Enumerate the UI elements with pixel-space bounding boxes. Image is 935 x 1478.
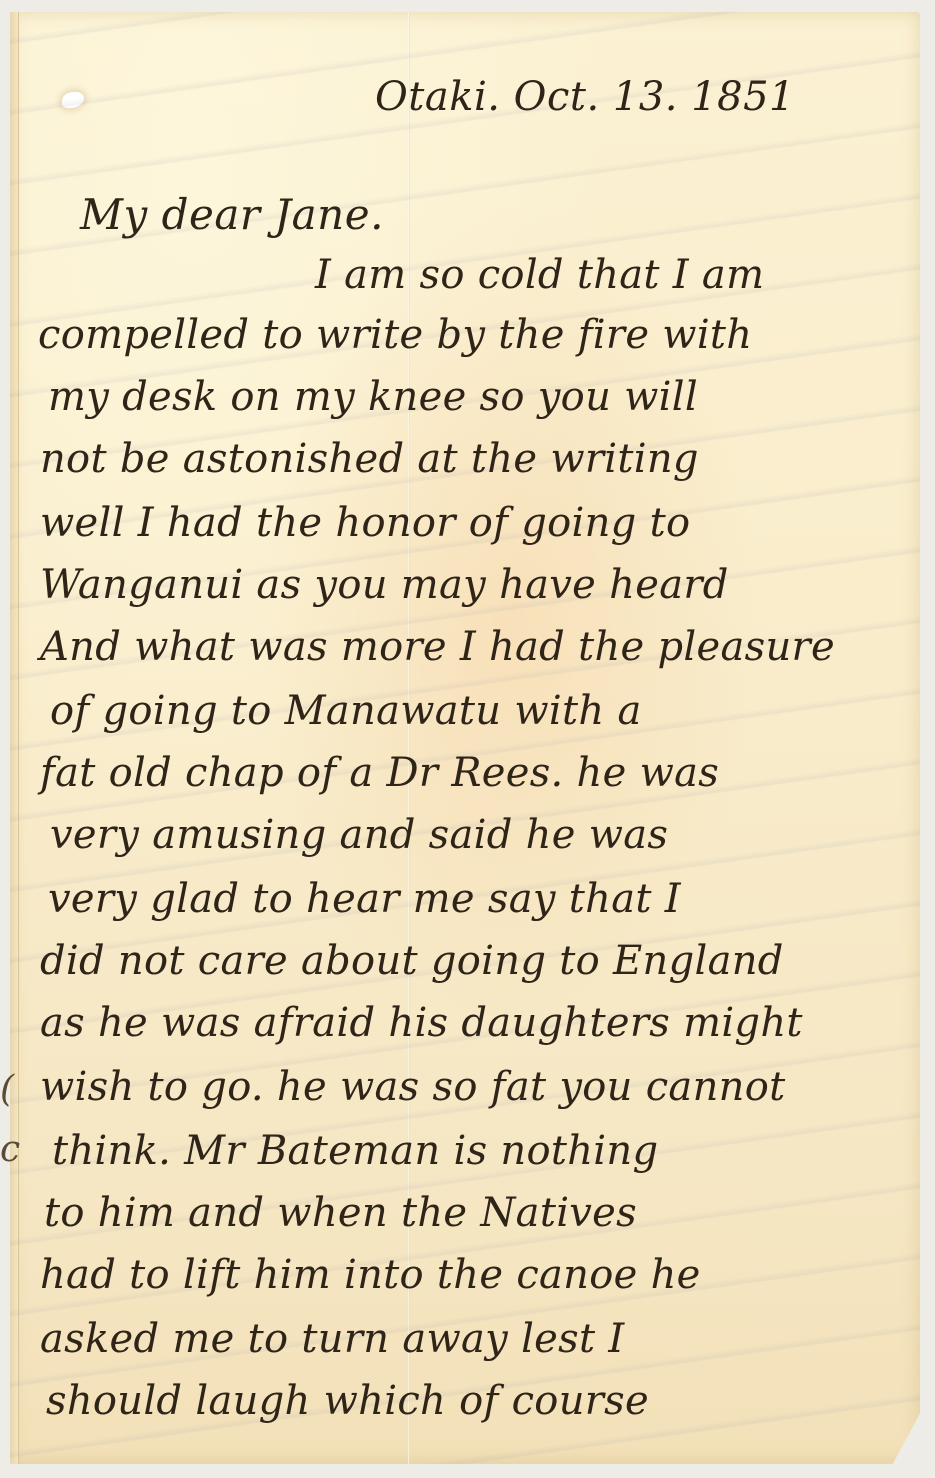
letter-line: of going to Manawatu with a bbox=[50, 688, 642, 734]
left-margin-marks: ( c bbox=[0, 1060, 20, 1180]
letter-line: very glad to hear me say that I bbox=[48, 876, 681, 922]
letter-line: wish to go. he was so fat you cannot bbox=[40, 1064, 785, 1110]
letter-line: And what was more I had the pleasure bbox=[40, 624, 835, 670]
margin-mark: ( bbox=[0, 1060, 20, 1120]
letter-line: my desk on my knee so you will bbox=[48, 374, 698, 420]
margin-mark: c bbox=[0, 1120, 20, 1180]
letter-body: I am so cold that I am compelled to writ… bbox=[10, 12, 920, 1464]
letter-scan: Otaki. Oct. 13. 1851 My dear Jane. I am … bbox=[0, 0, 935, 1478]
letter-line: very amusing and said he was bbox=[50, 812, 668, 858]
letter-line: had to lift him into the canoe he bbox=[40, 1252, 701, 1298]
letter-line: compelled to write by the fire with bbox=[38, 312, 752, 358]
letter-line: I am so cold that I am bbox=[315, 252, 764, 298]
letter-line: to him and when the Natives bbox=[44, 1190, 637, 1236]
letter-line: well I had the honor of going to bbox=[40, 500, 690, 546]
letter-line: should laugh which of course bbox=[46, 1378, 649, 1424]
letter-line: did not care about going to England bbox=[40, 938, 784, 984]
letter-line: think. Mr Bateman is nothing bbox=[52, 1128, 658, 1174]
letter-line: fat old chap of a Dr Rees. he was bbox=[40, 750, 719, 796]
letter-line: as he was afraid his daughters might bbox=[40, 1000, 803, 1046]
letter-line: asked me to turn away lest I bbox=[40, 1316, 624, 1362]
letter-line: not be astonished at the writing bbox=[40, 436, 699, 482]
letter-line: Wanganui as you may have heard bbox=[40, 562, 729, 608]
letter-page: Otaki. Oct. 13. 1851 My dear Jane. I am … bbox=[10, 12, 920, 1464]
